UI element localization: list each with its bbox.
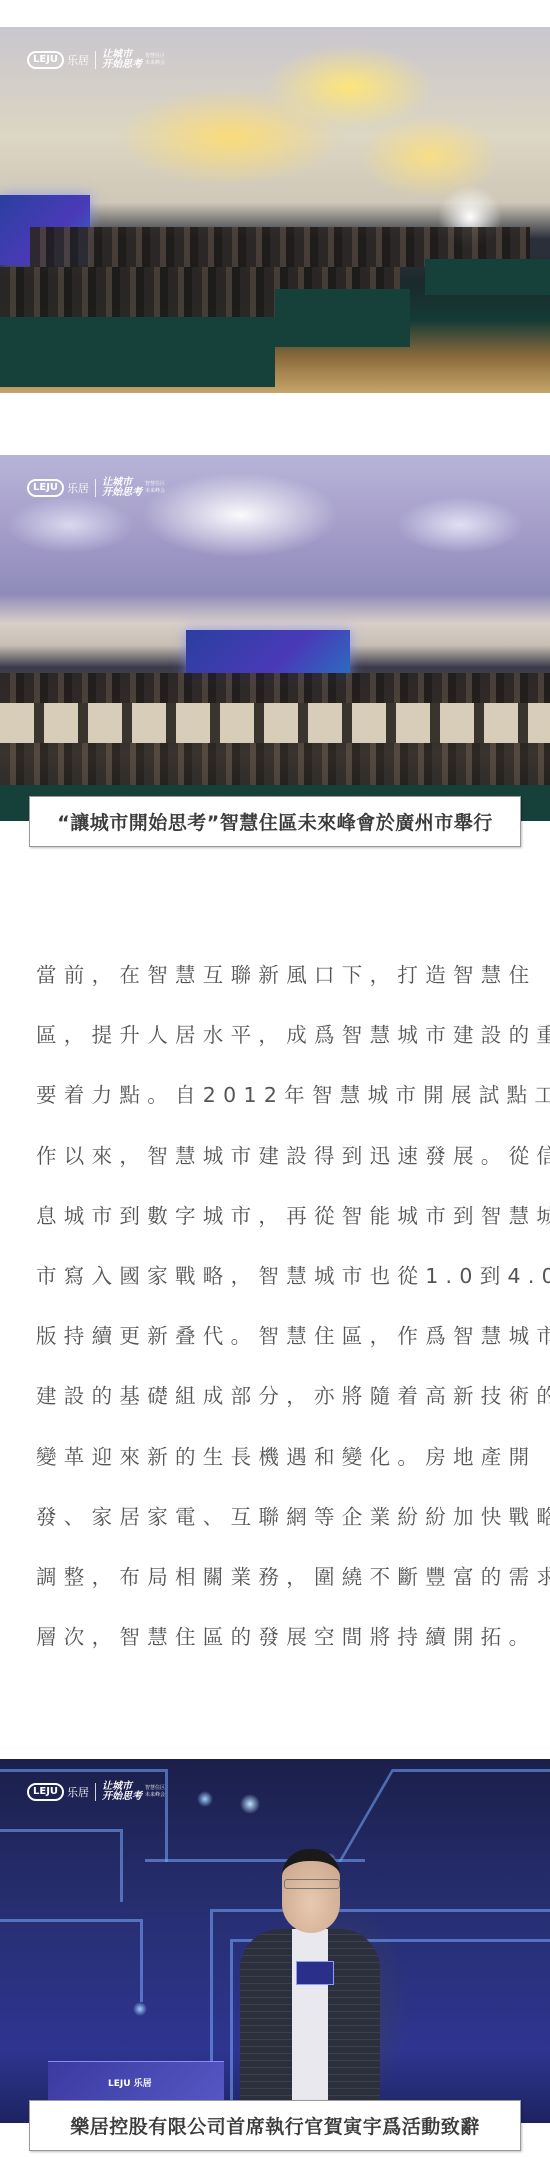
shirt: [292, 1929, 328, 2123]
chairs: [0, 703, 550, 743]
article-body: 當前，在智慧互聯新風口下，打造智慧住 區，提升人居水平，成爲智慧城市建設的重 要…: [36, 945, 516, 1667]
circuit-line: [0, 1829, 123, 1902]
speaker-head: [282, 1849, 340, 1933]
sub-slogan: 智慧住区 未来峰会: [145, 481, 165, 495]
slogan: 让城市 开始思考: [102, 478, 142, 498]
event-brand-watermark: LEJU 乐居 让城市 开始思考 智慧住区 未来峰会: [27, 1782, 165, 1802]
article-line: 版持續更新叠代。智慧住區，作爲智慧城市: [36, 1306, 516, 1366]
sub-slogan-line: 未来峰会: [145, 1792, 165, 1798]
leju-logo-cn: 乐居: [67, 1784, 89, 1800]
circuit-line: [0, 1919, 143, 2002]
table: [275, 289, 410, 347]
divider: [95, 51, 96, 69]
article-line: 區，提升人居水平，成爲智慧城市建設的重: [36, 1005, 516, 1065]
divider: [95, 479, 96, 497]
sub-slogan-line: 智慧住区: [145, 1785, 165, 1791]
speaker-figure: [240, 1849, 380, 2123]
microphone: [296, 1961, 334, 1985]
sub-slogan: 智慧住区 未来峰会: [145, 1785, 165, 1799]
sub-slogan-line: 未来峰会: [145, 488, 165, 494]
audience-front: [0, 743, 550, 785]
leju-logo: LEJU: [27, 51, 64, 69]
article-line: 調整，布局相關業務，圍繞不斷豐富的需求: [36, 1547, 516, 1607]
table: [425, 259, 550, 295]
event-brand-watermark: LEJU 乐居 让城市 开始思考 智慧住区 未来峰会: [27, 478, 165, 498]
sub-slogan-line: 智慧住区: [145, 53, 165, 59]
summit-hall-photo: LEJU 乐居 让城市 开始思考 智慧住区 未来峰会: [0, 455, 550, 821]
photo-caption: 樂居控股有限公司首席執行官賀寅宇爲活動致辭: [29, 2100, 521, 2151]
glasses: [284, 1879, 340, 1889]
speaker-photo: LEJU 乐居 智慧住区未来峰会 LEJU 乐居 让城市 开始思考 智慧住区 未…: [0, 1759, 550, 2123]
leju-logo: LEJU: [27, 479, 64, 497]
audience: [0, 673, 550, 703]
leju-logo-cn: 乐居: [67, 52, 89, 68]
leju-logo: LEJU: [27, 1783, 64, 1801]
article-line: 息城市到數字城市，再從智能城市到智慧城: [36, 1186, 516, 1246]
sub-slogan-line: 智慧住区: [145, 481, 165, 487]
article-line: 市寫入國家戰略，智慧城市也從1.0到4.0: [36, 1246, 516, 1306]
slogan-line: 开始思考: [102, 59, 142, 70]
slogan: 让城市 开始思考: [102, 1782, 142, 1802]
sub-slogan-line: 未来峰会: [145, 60, 165, 66]
article-line: 發、家居家電、互聯網等企業紛紛加快戰略: [36, 1487, 516, 1547]
table: [0, 317, 275, 387]
conference-hall-photo: LEJU 乐居 让城市 开始思考 智慧住区 未来峰会: [0, 27, 550, 393]
article-line: 層次，智慧住區的發展空間將持續開拓。: [36, 1607, 516, 1667]
sub-slogan: 智慧住区 未来峰会: [145, 53, 165, 67]
article-line: 作以來，智慧城市建設得到迅速發展。從信: [36, 1126, 516, 1186]
photo-caption: “讓城市開始思考”智慧住區未來峰會於廣州市舉行: [29, 796, 521, 847]
article-line: 當前，在智慧互聯新風口下，打造智慧住: [36, 945, 516, 1005]
divider: [95, 1783, 96, 1801]
article-line: 變革迎來新的生長機遇和變化。房地產開: [36, 1427, 516, 1487]
leju-logo-cn: 乐居: [67, 480, 89, 496]
article-line: 要着力點。自2012年智慧城市開展試點工: [36, 1065, 516, 1125]
slogan-line: 开始思考: [102, 1791, 142, 1802]
slogan: 让城市 开始思考: [102, 50, 142, 70]
podium-logo: LEJU 乐居: [108, 2076, 152, 2089]
article-line: 建設的基礎組成部分，亦將隨着高新技術的: [36, 1366, 516, 1426]
event-brand-watermark: LEJU 乐居 让城市 开始思考 智慧住区 未来峰会: [27, 50, 165, 70]
slogan-line: 开始思考: [102, 487, 142, 498]
